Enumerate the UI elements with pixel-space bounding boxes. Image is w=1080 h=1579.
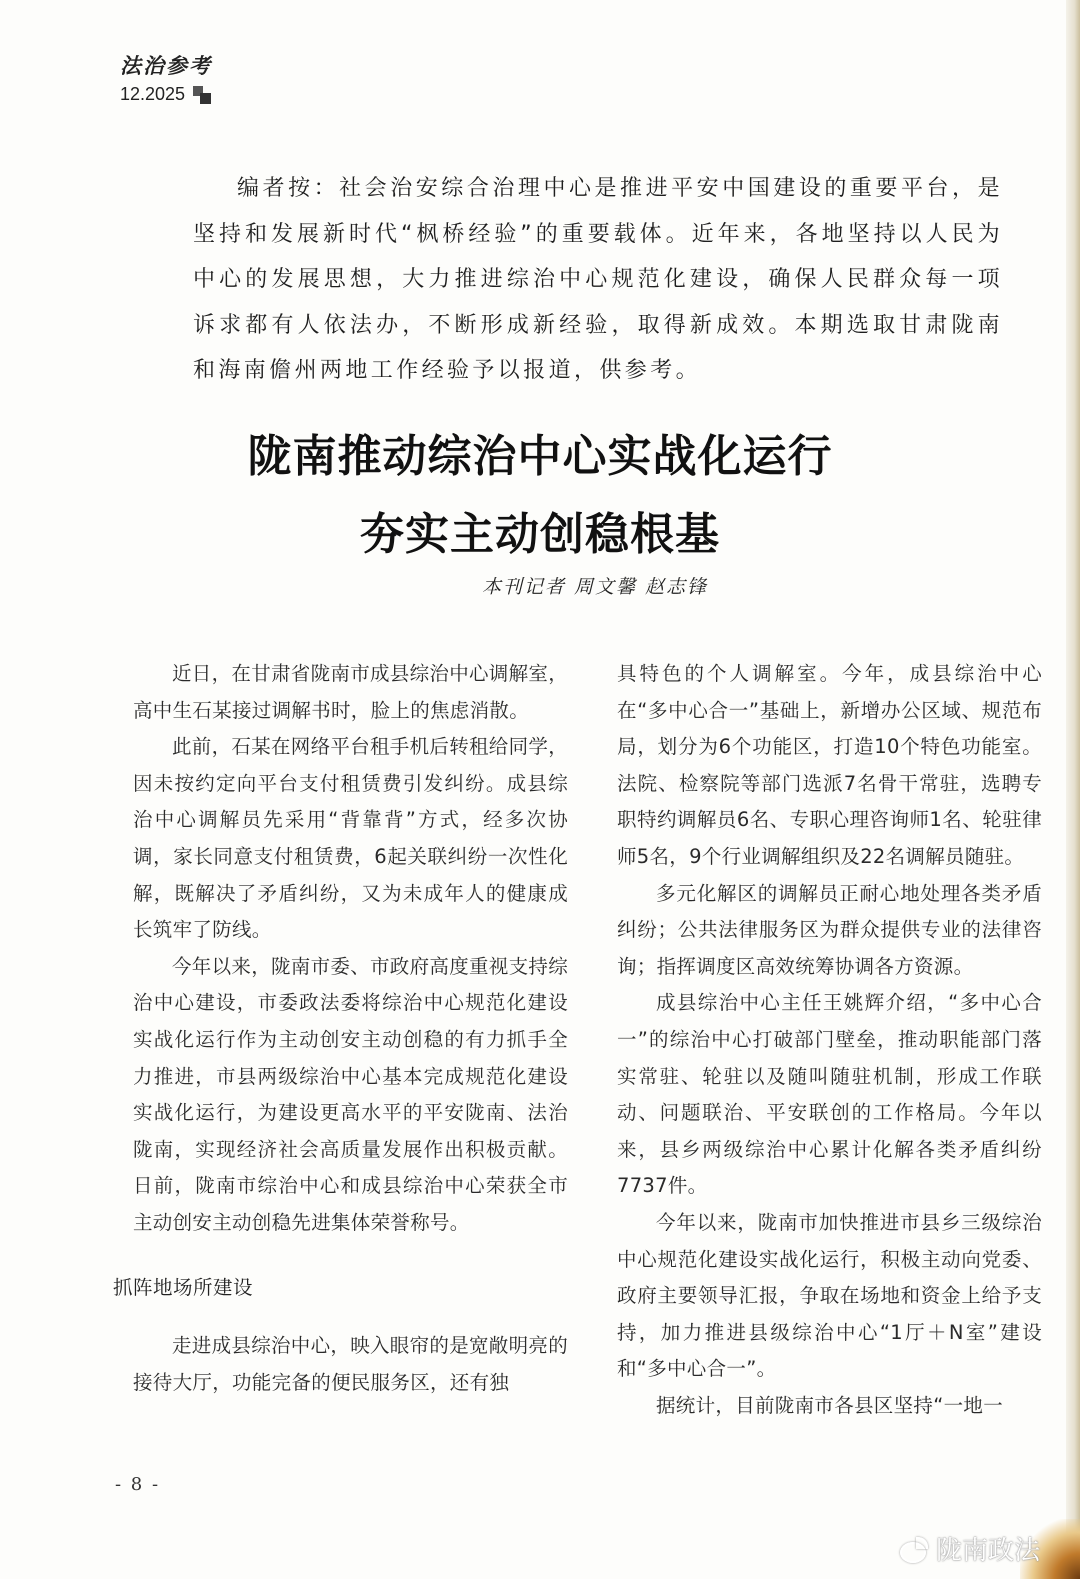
magazine-name: 法治参考 xyxy=(120,50,212,80)
watermark: 陇南政法 xyxy=(898,1530,1040,1567)
paragraph: 今年以来，陇南市加快推进市县乡三级综治中心规范化建设实战化运行，积极主动向党委、… xyxy=(617,1205,1042,1388)
page-number: - 8 - xyxy=(115,1474,160,1495)
paragraph: 成县综治中心主任王姚辉介绍，“多中心合一”的综治中心打破部门壁垒，推动职能部门落… xyxy=(617,985,1042,1205)
weibo-icon xyxy=(898,1537,928,1561)
article-title-line2: 夯实主动创稳根基 xyxy=(0,498,1080,562)
paragraph: 多元化解区的调解员正耐心地处理各类矛盾纠纷；公共法律服务区为群众提供专业的法律咨… xyxy=(617,876,1042,986)
paragraph: 近日，在甘肃省陇南市成县综治中心调解室，高中生石某接过调解书时，脸上的焦虑消散。 xyxy=(133,656,568,729)
paragraph: 此前，石某在网络平台租手机后转租给同学，因未按约定向平台支付租赁费引发纠纷。成县… xyxy=(133,729,568,949)
issue-number: 12.2025 xyxy=(120,84,185,105)
paragraph: 今年以来，陇南市委、市政府高度重视支持综治中心建设，市委政法委将综治中心规范化建… xyxy=(133,949,568,1242)
paragraph: 走进成县综治中心，映入眼帘的是宽敞明亮的接待大厅，功能完备的便民服务区，还有独 xyxy=(133,1328,568,1401)
right-column: 具特色的个人调解室。今年，成县综治中心在“多中心合一”基础上，新增办公区域、规范… xyxy=(617,656,1042,1424)
paragraph: 据统计，目前陇南市各县区坚持“一地一 xyxy=(617,1388,1042,1425)
editor-note: 编者按：社会治安综合治理中心是推进平安中国建设的重要平台，是坚持和发展新时代“枫… xyxy=(193,166,1003,394)
article-title-line1: 陇南推动综治中心实战化运行 xyxy=(0,420,1080,484)
editor-note-text: 编者按：社会治安综合治理中心是推进平安中国建设的重要平台，是坚持和发展新时代“枫… xyxy=(193,166,1003,394)
issue-mark-icon xyxy=(193,86,211,104)
paragraph-continuation: 具特色的个人调解室。今年，成县综治中心在“多中心合一”基础上，新增办公区域、规范… xyxy=(617,656,1042,876)
left-column: 近日，在甘肃省陇南市成县综治中心调解室，高中生石某接过调解书时，脸上的焦虑消散。… xyxy=(133,656,568,1401)
watermark-text: 陇南政法 xyxy=(936,1530,1040,1567)
page-edge-shadow xyxy=(1066,0,1080,1579)
byline: 本刊记者 周文馨 赵志锋 xyxy=(0,572,1080,599)
masthead: 法治参考 12.2025 xyxy=(120,50,212,105)
section-heading: 抓阵地场所建设 xyxy=(113,1270,568,1307)
